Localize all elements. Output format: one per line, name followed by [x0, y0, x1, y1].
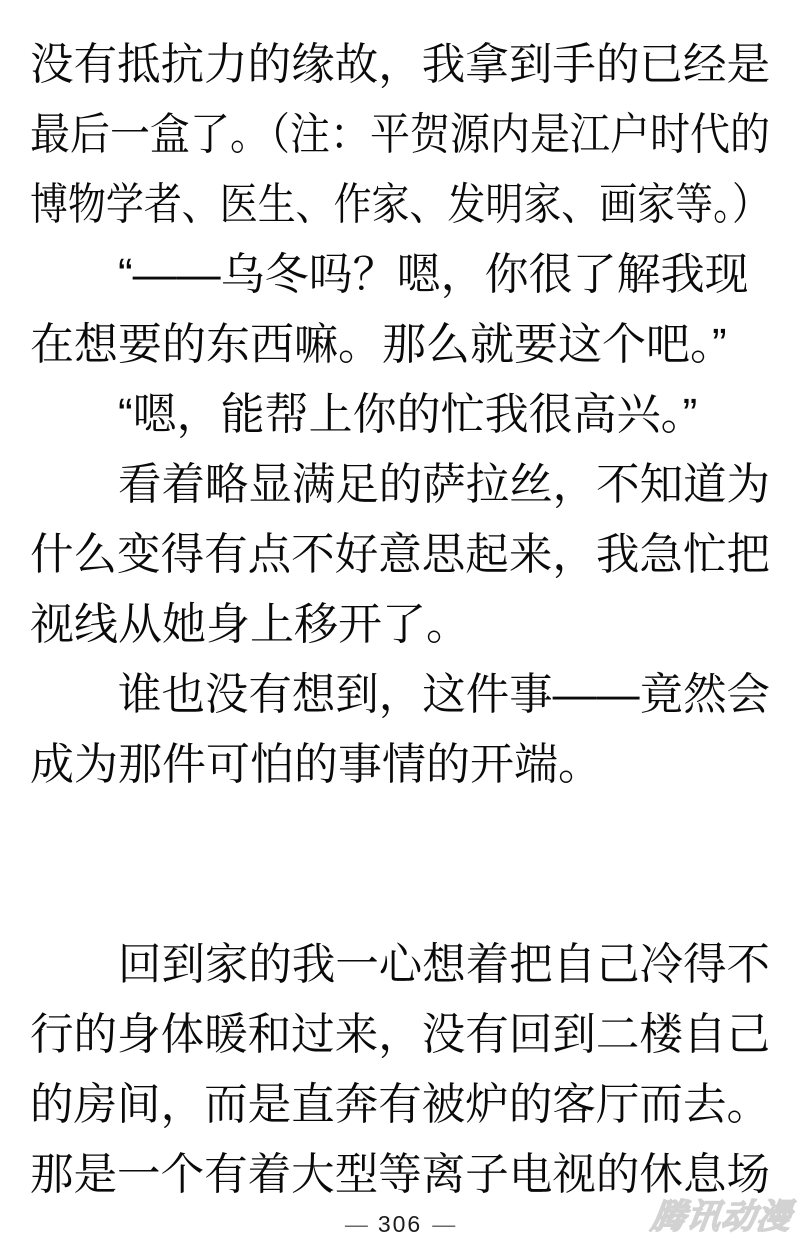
text-line: “嗯，能帮上你的忙我很高兴。”	[30, 380, 770, 450]
tencent-comics-watermark: 腾讯动漫	[649, 1189, 796, 1238]
paragraph: “——乌冬吗？嗯，你很了解我现在想要的东西嘛。那么就要这个吧。”	[30, 240, 770, 380]
text-line: 什么变得有点不好意思起来，我急忙把	[30, 520, 770, 590]
paragraph: 看着略显满足的萨拉丝，不知道为什么变得有点不好意思起来，我急忙把视线从她身上移开…	[30, 450, 770, 660]
footer-dash-left: —	[345, 1211, 368, 1238]
text-line: 行的身体暖和过来，没有回到二楼自己	[30, 1000, 770, 1070]
text-line: 没有抵抗力的缘故，我拿到手的已经是	[30, 30, 770, 100]
text-line: 成为那件可怕的事情的开端。	[30, 730, 770, 800]
text-line: 回到家的我一心想着把自己冷得不	[30, 930, 770, 1000]
paragraph: 回到家的我一心想着把自己冷得不行的身体暖和过来，没有回到二楼自己的房间，而是直奔…	[30, 930, 770, 1210]
paragraph: “嗯，能帮上你的忙我很高兴。”	[30, 380, 770, 450]
paragraph: 没有抵抗力的缘故，我拿到手的已经是最后一盒了。（注：平贺源内是江户时代的博物学者…	[30, 30, 770, 240]
text-line: 看着略显满足的萨拉丝，不知道为	[30, 450, 770, 520]
text-line: 在想要的东西嘛。那么就要这个吧。”	[30, 310, 770, 380]
text-line: 谁也没有想到，这件事——竟然会	[30, 660, 770, 730]
text-line: 视线从她身上移开了。	[30, 590, 770, 660]
page-text-content: 没有抵抗力的缘故，我拿到手的已经是最后一盒了。（注：平贺源内是江户时代的博物学者…	[0, 0, 800, 1210]
text-line: 博物学者、医生、作家、发明家、画家等。）	[30, 170, 770, 240]
text-line: 的房间，而是直奔有被炉的客厅而去。	[30, 1070, 770, 1140]
text-line: 最后一盒了。（注：平贺源内是江户时代的	[30, 100, 770, 170]
footer-dash-right: —	[432, 1211, 455, 1238]
text-line: “——乌冬吗？嗯，你很了解我现	[30, 240, 770, 310]
book-page: 没有抵抗力的缘故，我拿到手的已经是最后一盒了。（注：平贺源内是江户时代的博物学者…	[0, 0, 800, 1245]
paragraph: 谁也没有想到，这件事——竟然会成为那件可怕的事情的开端。	[30, 660, 770, 800]
page-number: 306	[378, 1211, 422, 1238]
